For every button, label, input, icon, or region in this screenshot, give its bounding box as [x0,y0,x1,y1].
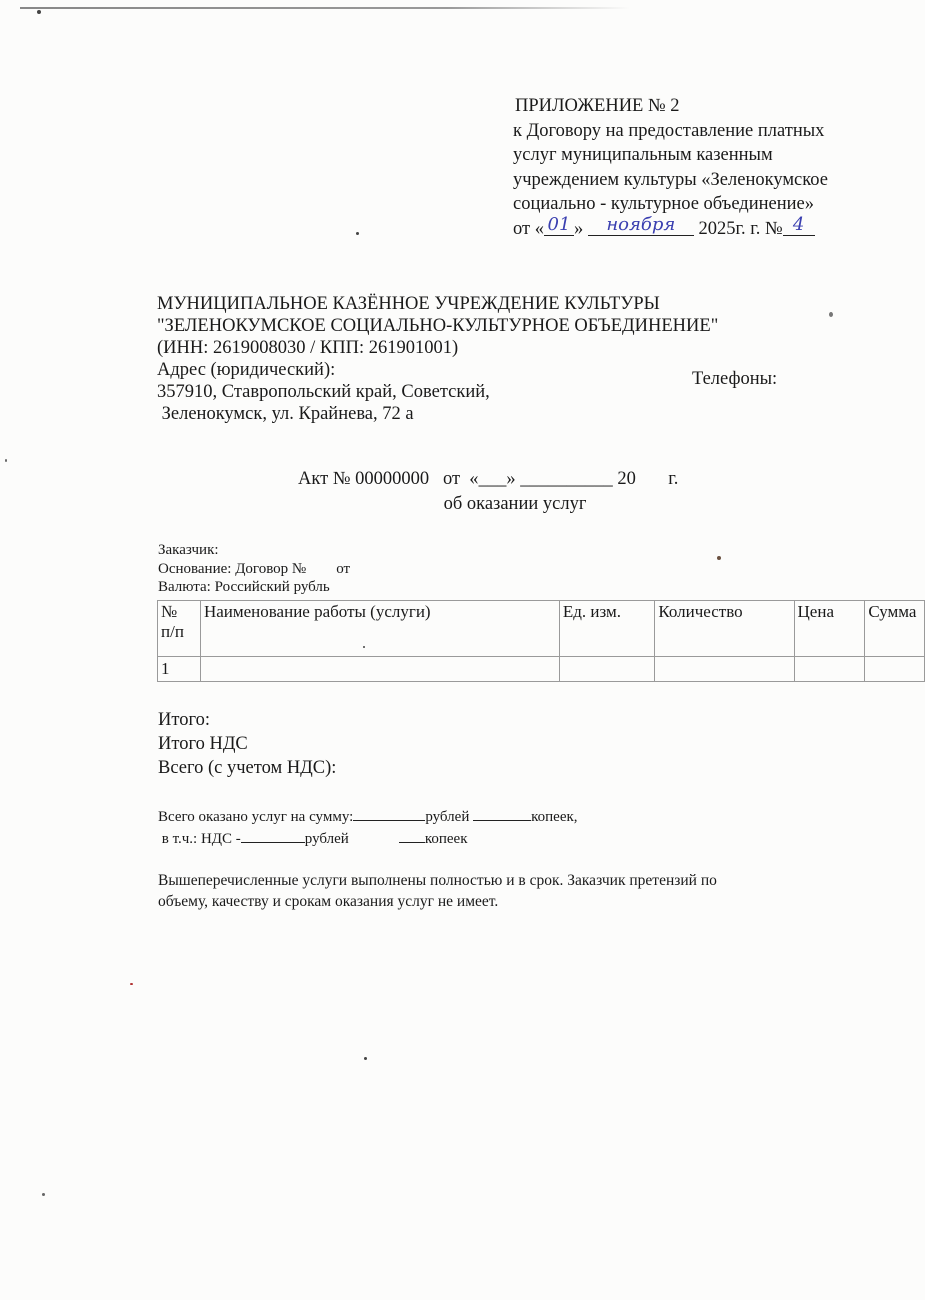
totals-block: Итого: Итого НДС Всего (с учетом НДС): [158,708,336,780]
day-handwritten: 01 [548,214,571,235]
vat-rubles-label: рублей [305,831,349,847]
phones-label: Телефоны: [692,369,777,390]
services-table: №п/п Наименование работы (услуги) Ед. из… [157,600,925,682]
scan-speck [717,556,721,560]
appendix-line-3: учреждением культуры «Зеленокумское [513,168,828,193]
closing-line-1: Вышеперечисленные услуги выполнены полно… [158,870,717,891]
sum-in-words: Всего оказано услуг на сумму:рублей копе… [158,806,578,850]
closing-line-2: объему, качеству и срокам оказания услуг… [158,891,717,912]
scan-edge-line [20,7,630,9]
appendix-line-1: к Договору на предоставление платных [513,119,828,144]
currency-label: Валюта: Российский рубль [158,578,350,597]
table-row: 1 [158,657,925,682]
kopecks-blank[interactable] [473,806,531,821]
scan-speck [363,646,365,648]
act-subtitle: об оказании услуг [0,494,925,515]
vat-rubles-blank[interactable] [241,828,305,843]
act-meta: Заказчик: Основание: Договор № от Валюта… [158,541,350,597]
total-label: Итого: [158,708,336,732]
grand-total-label: Всего (с учетом НДС): [158,756,336,780]
kopecks-label: копеек, [531,809,577,825]
basis-label: Основание: Договор № от [158,560,350,579]
year-text: 2025г. г. № [698,219,782,239]
act-month-blank[interactable]: __________ [520,469,613,489]
month-field[interactable]: ноября [588,217,694,236]
act-day-blank[interactable]: ___ [479,469,507,489]
address-line-1: 357910, Ставропольский край, Советский, [157,381,718,403]
appendix-header: ПРИЛОЖЕНИЕ № 2 к Договору на предоставле… [513,94,828,241]
scan-speck [37,10,41,14]
customer-label: Заказчик: [158,541,350,560]
sum-line-2: в т.ч.: НДС -рублейкопеек [158,828,578,850]
cell-unit[interactable] [559,657,655,682]
col-header-quantity: Количество [655,601,794,657]
act-title-prefix: Акт № 00000000 от « [298,469,479,489]
organization-block: МУНИЦИПАЛЬНОЕ КАЗЁННОЕ УЧРЕЖДЕНИЕ КУЛЬТУ… [157,293,718,425]
vat-label: Итого НДС [158,732,336,756]
closing-statement: Вышеперечисленные услуги выполнены полно… [158,870,717,912]
day-field[interactable]: 01 [544,217,574,236]
date-prefix: от « [513,219,544,239]
act-title: Акт № 00000000 от «___» __________ 20 г. [298,469,678,490]
address-label: Адрес (юридический): [157,359,718,381]
appendix-title: ПРИЛОЖЕНИЕ № 2 [513,94,828,119]
contract-number-field[interactable]: 4 [783,217,815,236]
number-handwritten: 4 [793,214,804,235]
scan-speck [130,983,133,985]
scan-speck [829,312,833,317]
cell-name[interactable] [200,657,559,682]
act-year: 20 г. [613,469,679,489]
col-number-line2: п/п [161,622,184,641]
appendix-date-line: от «01» ноября 2025г. г. №4 [513,217,828,242]
cell-sum[interactable] [865,657,925,682]
rubles-label: рублей [425,809,473,825]
org-tax-ids: (ИНН: 2619008030 / КПП: 261901001) [157,337,718,359]
scan-speck [42,1193,45,1196]
cell-number: 1 [158,657,201,682]
col-header-number: №п/п [158,601,201,657]
appendix-line-2: услуг муниципальным казенным [513,143,828,168]
act-title-mid: » [506,469,520,489]
table-header-row: №п/п Наименование работы (услуги) Ед. из… [158,601,925,657]
cell-quantity[interactable] [655,657,794,682]
scan-speck [364,1057,367,1060]
sum-prefix: Всего оказано услуг на сумму: [158,809,353,825]
vat-kopecks-label: копеек [425,831,468,847]
rubles-blank[interactable] [353,806,425,821]
col-number-line1: № [161,602,177,621]
vat-prefix: в т.ч.: НДС - [158,831,241,847]
org-name-line-2: "ЗЕЛЕНОКУМСКОЕ СОЦИАЛЬНО-КУЛЬТУРНОЕ ОБЪЕ… [157,315,718,337]
appendix-line-4: социально - культурное объединение» [513,192,828,217]
org-name-line-1: МУНИЦИПАЛЬНОЕ КАЗЁННОЕ УЧРЕЖДЕНИЕ КУЛЬТУ… [157,293,718,315]
scan-speck [356,232,359,235]
day-suffix: » [574,219,583,239]
address-line-2: Зеленокумск, ул. Крайнева, 72 а [157,403,718,425]
col-header-sum: Сумма [865,601,925,657]
scan-speck [5,459,7,462]
col-header-price: Цена [794,601,865,657]
sum-line-1: Всего оказано услуг на сумму:рублей копе… [158,806,578,828]
vat-kopecks-blank[interactable] [399,828,425,843]
month-handwritten: ноября [606,214,675,235]
col-header-name: Наименование работы (услуги) [200,601,559,657]
col-header-unit: Ед. изм. [559,601,655,657]
cell-price[interactable] [794,657,865,682]
